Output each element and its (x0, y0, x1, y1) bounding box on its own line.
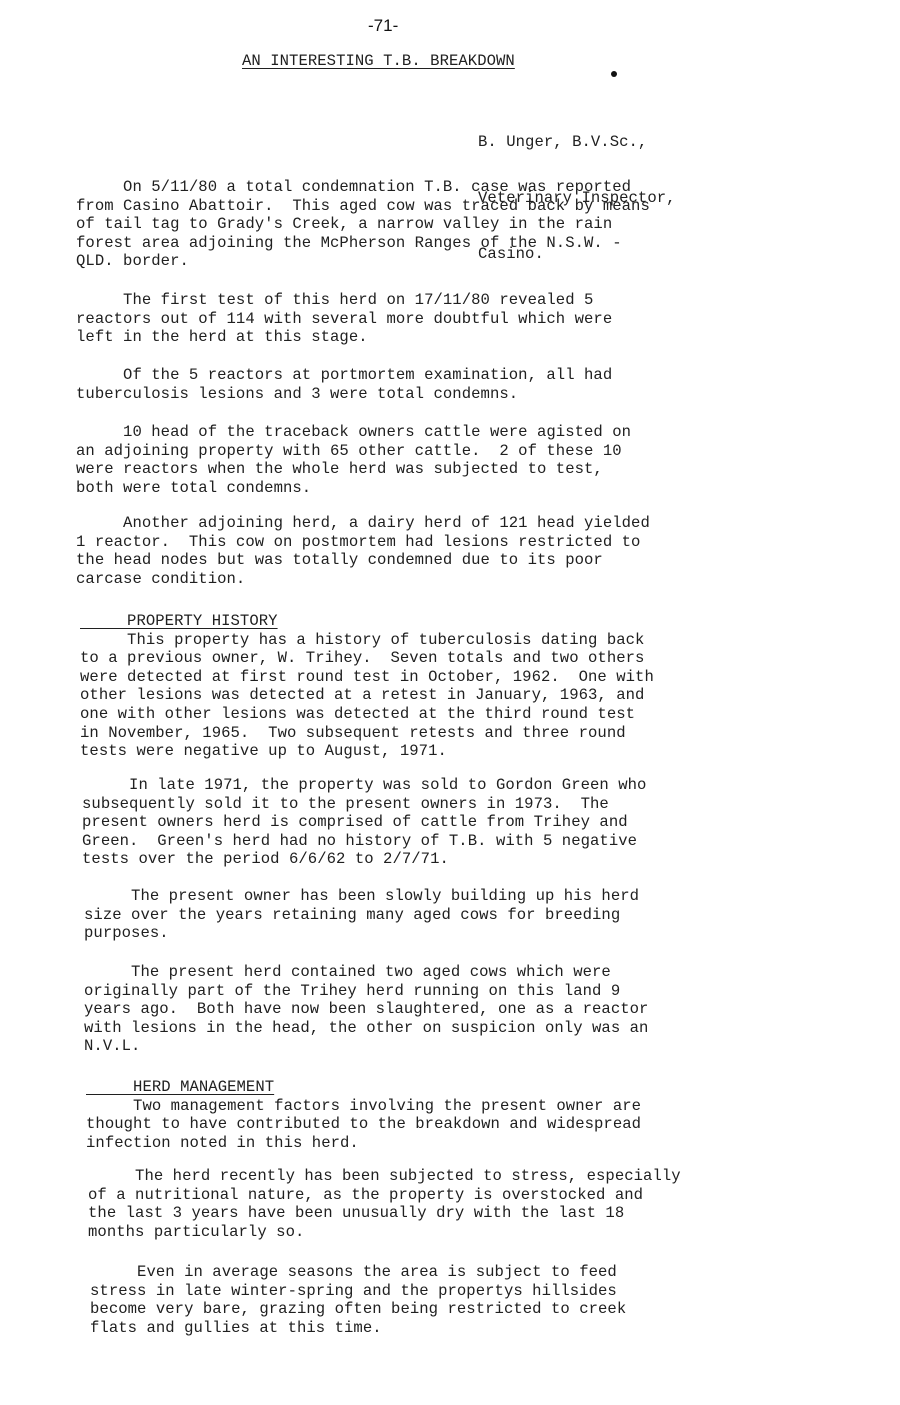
text-line: The first test of this herd on 17/11/80 … (76, 291, 612, 310)
text-line: flats and gullies at this time. (90, 1319, 626, 1338)
text-line: Green. Green's herd had no history of T.… (82, 832, 646, 851)
text-line: Of the 5 reactors at portmortem examinat… (76, 366, 612, 385)
text-line: of tail tag to Grady's Creek, a narrow v… (76, 215, 650, 234)
text-line: thought to have contributed to the break… (86, 1115, 641, 1134)
document-page: -71- AN INTERESTING T.B. BREAKDOWN B. Un… (0, 0, 900, 1405)
text-line: tests over the period 6/6/62 to 2/7/71. (82, 850, 646, 869)
text-line: other lesions was detected at a retest i… (80, 686, 654, 705)
text-line: infection noted in this herd. (86, 1134, 641, 1153)
text-line: were reactors when the whole herd was su… (76, 460, 631, 479)
text-line: from Casino Abattoir. This aged cow was … (76, 197, 650, 216)
text-line: present owners herd is comprised of catt… (82, 813, 646, 832)
section-h2: HERD MANAGEMENT Two management factors i… (86, 1078, 641, 1152)
section-heading: PROPERTY HISTORY (80, 612, 654, 631)
text-line: the head nodes but was totally condemned… (76, 551, 650, 570)
text-line: size over the years retaining many aged … (84, 906, 639, 925)
text-line: subsequently sold it to the present owne… (82, 795, 646, 814)
page-number: -71- (368, 16, 398, 36)
text-line: tests were negative up to August, 1971. (80, 742, 654, 761)
paragraph: The present owner has been slowly buildi… (84, 887, 639, 943)
paragraph: On 5/11/80 a total condemnation T.B. cas… (76, 178, 650, 271)
text-line: Even in average seasons the area is subj… (90, 1263, 626, 1282)
document-title: AN INTERESTING T.B. BREAKDOWN (242, 52, 515, 71)
text-line: Two management factors involving the pre… (86, 1097, 641, 1116)
text-line: carcase condition. (76, 570, 650, 589)
text-line: become very bare, grazing often being re… (90, 1300, 626, 1319)
section-h1: PROPERTY HISTORY This property has a his… (80, 612, 654, 761)
text-line: left in the herd at this stage. (76, 328, 612, 347)
text-line: Another adjoining herd, a dairy herd of … (76, 514, 650, 533)
text-line: forest area adjoining the McPherson Rang… (76, 234, 650, 253)
text-line: 10 head of the traceback owners cattle w… (76, 423, 631, 442)
text-line: QLD. border. (76, 252, 650, 271)
text-line: This property has a history of tuberculo… (80, 631, 654, 650)
text-line: stress in late winter-spring and the pro… (90, 1282, 626, 1301)
text-line: originally part of the Trihey herd runni… (84, 982, 648, 1001)
text-line: years ago. Both have now been slaughtere… (84, 1000, 648, 1019)
text-line: N.V.L. (84, 1037, 648, 1056)
text-line: tuberculosis lesions and 3 were total co… (76, 385, 612, 404)
text-line: the last 3 years have been unusually dry… (88, 1204, 681, 1223)
paragraph: Even in average seasons the area is subj… (90, 1263, 626, 1337)
text-line: reactors out of 114 with several more do… (76, 310, 612, 329)
text-line: months particularly so. (88, 1223, 681, 1242)
text-line: in November, 1965. Two subsequent retest… (80, 724, 654, 743)
text-line: On 5/11/80 a total condemnation T.B. cas… (76, 178, 650, 197)
paragraph: The herd recently has been subjected to … (88, 1167, 681, 1241)
text-line: to a previous owner, W. Trihey. Seven to… (80, 649, 654, 668)
text-line: The herd recently has been subjected to … (88, 1167, 681, 1186)
author-name: B. Unger, B.V.Sc., (478, 133, 676, 152)
paragraph: In late 1971, the property was sold to G… (82, 776, 646, 869)
paragraph: Another adjoining herd, a dairy herd of … (76, 514, 650, 588)
paragraph: 10 head of the traceback owners cattle w… (76, 423, 631, 497)
text-line: The present herd contained two aged cows… (84, 963, 648, 982)
text-line: The present owner has been slowly buildi… (84, 887, 639, 906)
ink-dot (611, 71, 617, 77)
paragraph: The first test of this herd on 17/11/80 … (76, 291, 612, 347)
text-line: were detected at first round test in Oct… (80, 668, 654, 687)
text-line: an adjoining property with 65 other catt… (76, 442, 631, 461)
paragraph: The present herd contained two aged cows… (84, 963, 648, 1056)
text-line: with lesions in the head, the other on s… (84, 1019, 648, 1038)
text-line: 1 reactor. This cow on postmortem had le… (76, 533, 650, 552)
section-heading: HERD MANAGEMENT (86, 1078, 641, 1097)
text-line: both were total condemns. (76, 479, 631, 498)
text-line: purposes. (84, 924, 639, 943)
paragraph: Of the 5 reactors at portmortem examinat… (76, 366, 612, 403)
text-line: one with other lesions was detected at t… (80, 705, 654, 724)
text-line: of a nutritional nature, as the property… (88, 1186, 681, 1205)
text-line: In late 1971, the property was sold to G… (82, 776, 646, 795)
